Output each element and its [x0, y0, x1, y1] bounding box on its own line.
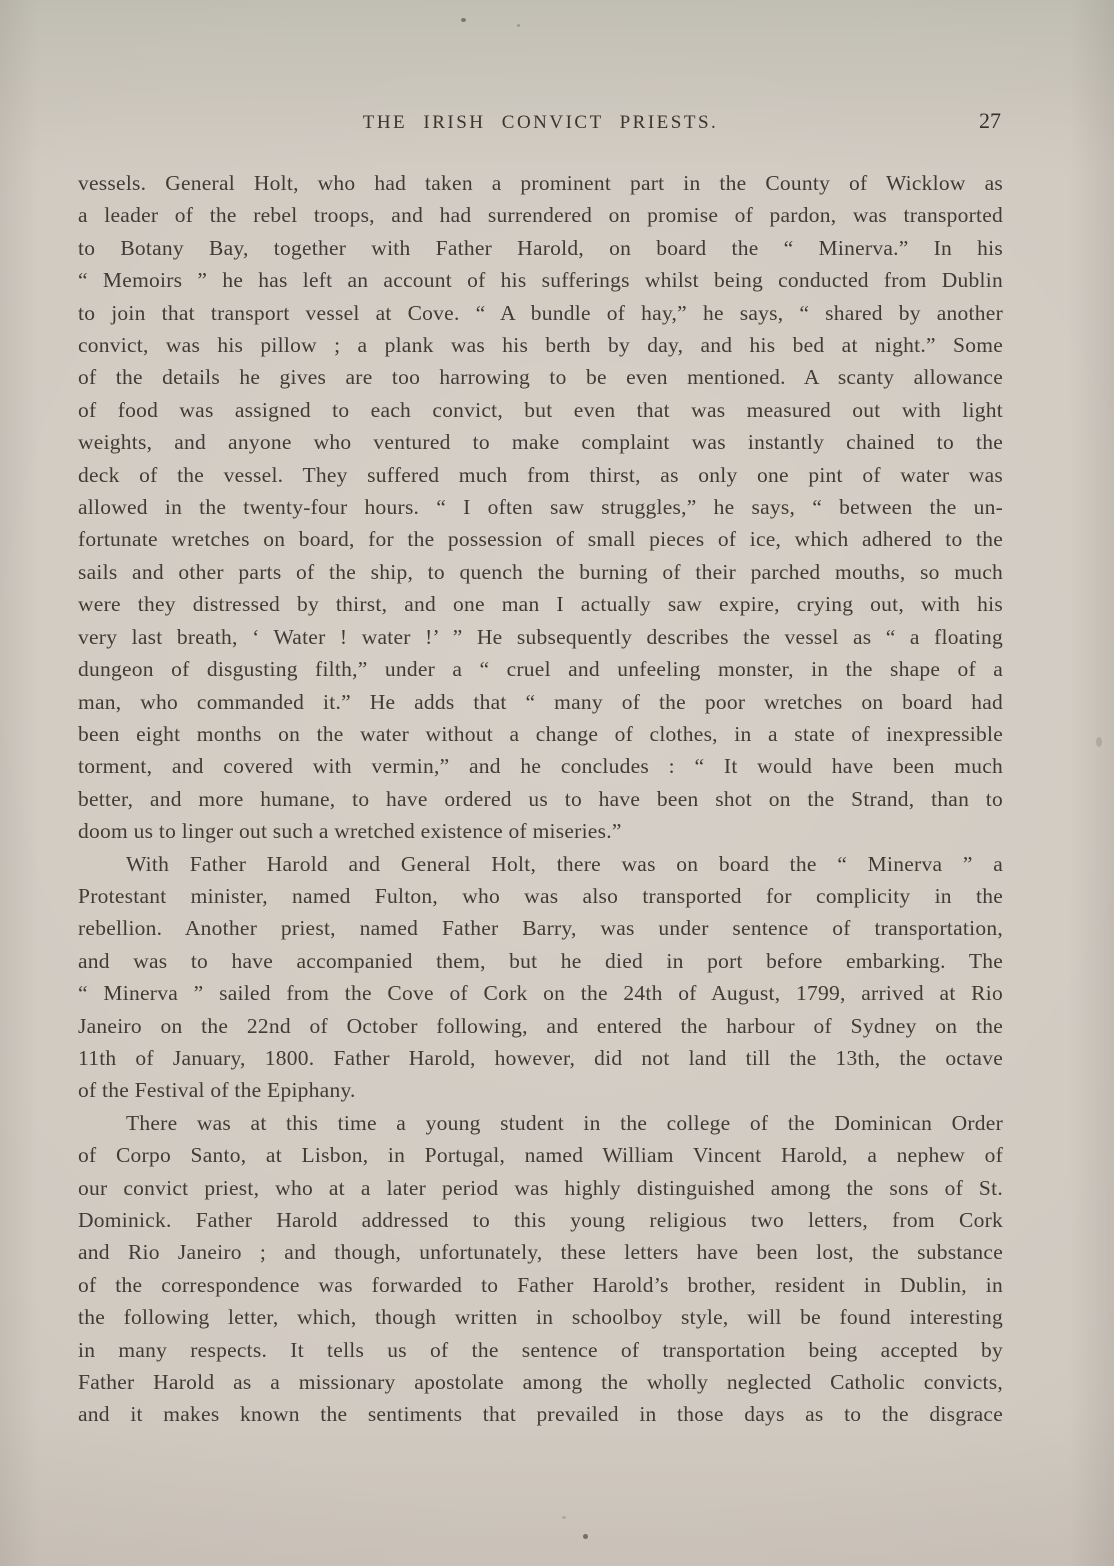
paragraph: vessels. General Holt, who had taken a p… [78, 167, 1003, 848]
text-line: a leader of the rebel troops, and had su… [78, 199, 1003, 231]
text-line: sails and other parts of the ship, to qu… [78, 556, 1003, 588]
text-line: and it makes known the sentiments that p… [78, 1398, 1003, 1430]
text-line: in many respects. It tells us of the sen… [78, 1334, 1003, 1366]
text-line: to Botany Bay, together with Father Haro… [78, 232, 1003, 264]
text-line: been eight months on the water without a… [78, 718, 1003, 750]
text-line: convict, was his pillow ; a plank was hi… [78, 329, 1003, 361]
paragraph: With Father Harold and General Holt, the… [78, 848, 1003, 1107]
text-line: vessels. General Holt, who had taken a p… [78, 167, 1003, 199]
text-line: “ Minerva ” sailed from the Cove of Cork… [78, 977, 1003, 1009]
text-line: of the correspondence was forwarded to F… [78, 1269, 1003, 1301]
text-line: man, who commanded it.” He adds that “ m… [78, 686, 1003, 718]
text-line: weights, and anyone who ventured to make… [78, 426, 1003, 458]
text-line: dungeon of disgusting filth,” under a “ … [78, 653, 1003, 685]
paragraph: There was at this time a young student i… [78, 1107, 1003, 1431]
body-text: vessels. General Holt, who had taken a p… [78, 167, 1003, 1431]
paper-speck [583, 1534, 588, 1539]
page-header: THE IRISH CONVICT PRIESTS. 27 [78, 112, 1003, 142]
text-line: With Father Harold and General Holt, the… [78, 848, 1003, 880]
paper-speck [461, 18, 466, 22]
text-line: our convict priest, who at a later perio… [78, 1172, 1003, 1204]
text-line: were they distressed by thirst, and one … [78, 588, 1003, 620]
text-line: torment, and covered with vermin,” and h… [78, 750, 1003, 782]
text-line: There was at this time a young student i… [78, 1107, 1003, 1139]
text-line: and Rio Janeiro ; and though, unfortunat… [78, 1236, 1003, 1268]
text-line: doom us to linger out such a wretched ex… [78, 815, 1003, 847]
text-line: deck of the vessel. They suffered much f… [78, 459, 1003, 491]
text-line: Janeiro on the 22nd of October following… [78, 1010, 1003, 1042]
text-line: rebellion. Another priest, named Father … [78, 912, 1003, 944]
paper-speck [1096, 737, 1102, 747]
text-line: 11th of January, 1800. Father Harold, ho… [78, 1042, 1003, 1074]
text-line: of Corpo Santo, at Lisbon, in Portugal, … [78, 1139, 1003, 1171]
text-line: and was to have accompanied them, but he… [78, 945, 1003, 977]
text-line: “ Memoirs ” he has left an account of hi… [78, 264, 1003, 296]
page-number: 27 [979, 108, 1001, 134]
text-line: the following letter, which, though writ… [78, 1301, 1003, 1333]
book-page-scan: THE IRISH CONVICT PRIESTS. 27 vessels. G… [0, 0, 1114, 1566]
paper-speck [517, 24, 520, 27]
text-line: Protestant minister, named Fulton, who w… [78, 880, 1003, 912]
text-line: fortunate wretches on board, for the pos… [78, 523, 1003, 555]
text-line: allowed in the twenty-four hours. “ I of… [78, 491, 1003, 523]
running-title: THE IRISH CONVICT PRIESTS. [78, 112, 1003, 134]
paper-speck [562, 1516, 566, 1519]
text-line: Dominick. Father Harold addressed to thi… [78, 1204, 1003, 1236]
text-line: Father Harold as a missionary apostolate… [78, 1366, 1003, 1398]
text-line: of the Festival of the Epiphany. [78, 1074, 1003, 1106]
text-line: to join that transport vessel at Cove. “… [78, 297, 1003, 329]
text-line: very last breath, ‘ Water ! water !’ ” H… [78, 621, 1003, 653]
text-line: of food was assigned to each convict, bu… [78, 394, 1003, 426]
text-line: better, and more humane, to have ordered… [78, 783, 1003, 815]
text-line: of the details he gives are too harrowin… [78, 361, 1003, 393]
